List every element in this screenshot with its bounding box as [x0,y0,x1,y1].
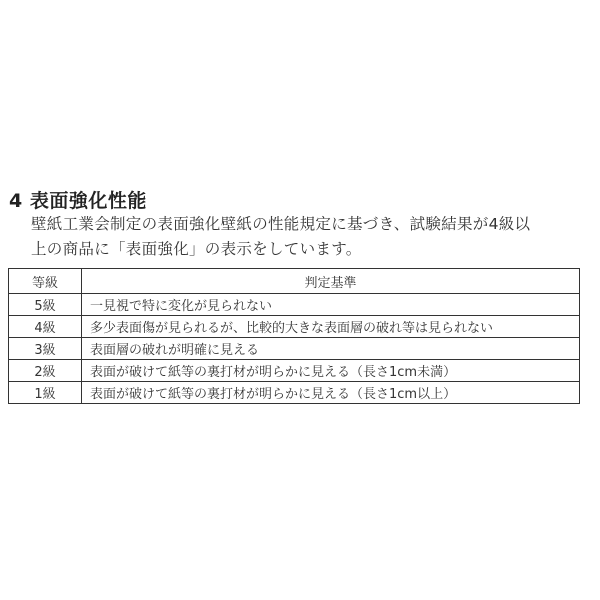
section-title: 4 表面強化性能 [9,186,147,213]
table-header-row: 等級 判定基準 [9,269,580,294]
table-row: 4級 多少表面傷が見られるが、比較的大きな表面層の破れ等は見られない [9,316,580,338]
criteria-cell: 表面層の破れが明確に見える [82,338,580,360]
grade-cell: 2級 [9,360,82,382]
grade-cell: 4級 [9,316,82,338]
criteria-cell: 一見視で特に変化が見られない [82,294,580,316]
table-row: 5級 一見視で特に変化が見られない [9,294,580,316]
table-row: 3級 表面層の破れが明確に見える [9,338,580,360]
table-row: 2級 表面が破けて紙等の裏打材が明らかに見える（長さ1cm未満） [9,360,580,382]
header-criteria: 判定基準 [82,269,580,294]
criteria-cell: 表面が破けて紙等の裏打材が明らかに見える（長さ1cm未満） [82,360,580,382]
grade-cell: 1級 [9,382,82,404]
header-grade: 等級 [9,269,82,294]
criteria-cell: 多少表面傷が見られるが、比較的大きな表面層の破れ等は見られない [82,316,580,338]
grade-cell: 5級 [9,294,82,316]
description-line: 上の商品に「表面強化」の表示をしています。 [31,237,591,262]
grade-table: 等級 判定基準 5級 一見視で特に変化が見られない 4級 多少表面傷が見られるが… [8,268,580,404]
criteria-cell: 表面が破けて紙等の裏打材が明らかに見える（長さ1cm以上） [82,382,580,404]
section-description: 壁紙工業会制定の表面強化壁紙の性能規定に基づき、試験結果が4級以 上の商品に「表… [31,212,591,262]
table-row: 1級 表面が破けて紙等の裏打材が明らかに見える（長さ1cm以上） [9,382,580,404]
description-line: 壁紙工業会制定の表面強化壁紙の性能規定に基づき、試験結果が4級以 [31,212,591,237]
grade-cell: 3級 [9,338,82,360]
